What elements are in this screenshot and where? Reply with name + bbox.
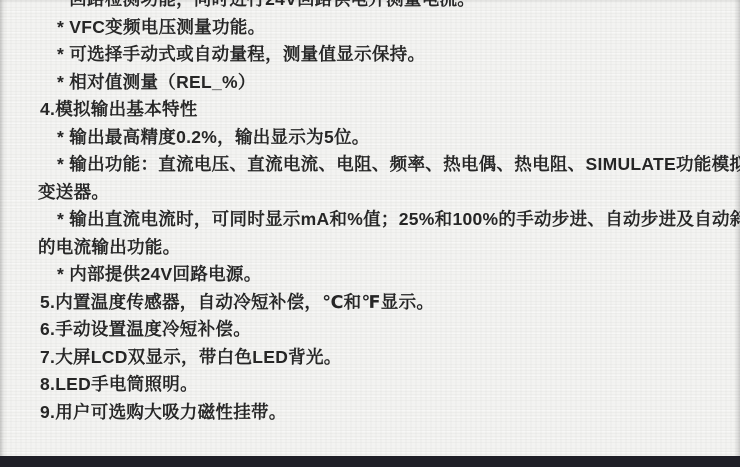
feature-line: * 输出最高精度0.2%，输出显示为5位。 (0, 124, 740, 152)
feature-line: * 输出直流电流时，可同时显示mA和%值；25%和100%的手动步进、自动步进及… (0, 206, 740, 234)
feature-line: 7.大屏LCD双显示，带白色LED背光。 (0, 344, 740, 372)
feature-line-wrap: 的电流输出功能。 (0, 234, 740, 262)
feature-line-cut-top: * 回路检测功能，同时进行24V回路供电并测量电流。 (0, 0, 740, 14)
feature-line-wrap: 变送器。 (0, 179, 740, 207)
feature-line: * VFC变频电压测量功能。 (0, 14, 740, 42)
feature-line: 8.LED手电筒照明。 (0, 371, 740, 399)
feature-line: 9.用户可选购大吸力磁性挂带。 (0, 399, 740, 427)
feature-line: * 可选择手动式或自动量程，测量值显示保持。 (0, 41, 740, 69)
bottom-divider-bar (0, 456, 740, 467)
feature-line: 6.手动设置温度冷短补偿。 (0, 316, 740, 344)
section-heading: 4.模拟输出基本特性 (0, 96, 740, 124)
feature-line: 5.内置温度传感器，自动冷短补偿，℃和℉显示。 (0, 289, 740, 317)
feature-line: * 输出功能：直流电压、直流电流、电阻、频率、热电偶、热电阻、SIMULATE功… (0, 151, 740, 179)
feature-line: * 内部提供24V回路电源。 (0, 261, 740, 289)
product-description-page: * 回路检测功能，同时进行24V回路供电并测量电流。 * VFC变频电压测量功能… (0, 0, 740, 467)
feature-line: * 相对值测量（REL_%） (0, 69, 740, 97)
feature-list: * 回路检测功能，同时进行24V回路供电并测量电流。 * VFC变频电压测量功能… (0, 0, 740, 426)
